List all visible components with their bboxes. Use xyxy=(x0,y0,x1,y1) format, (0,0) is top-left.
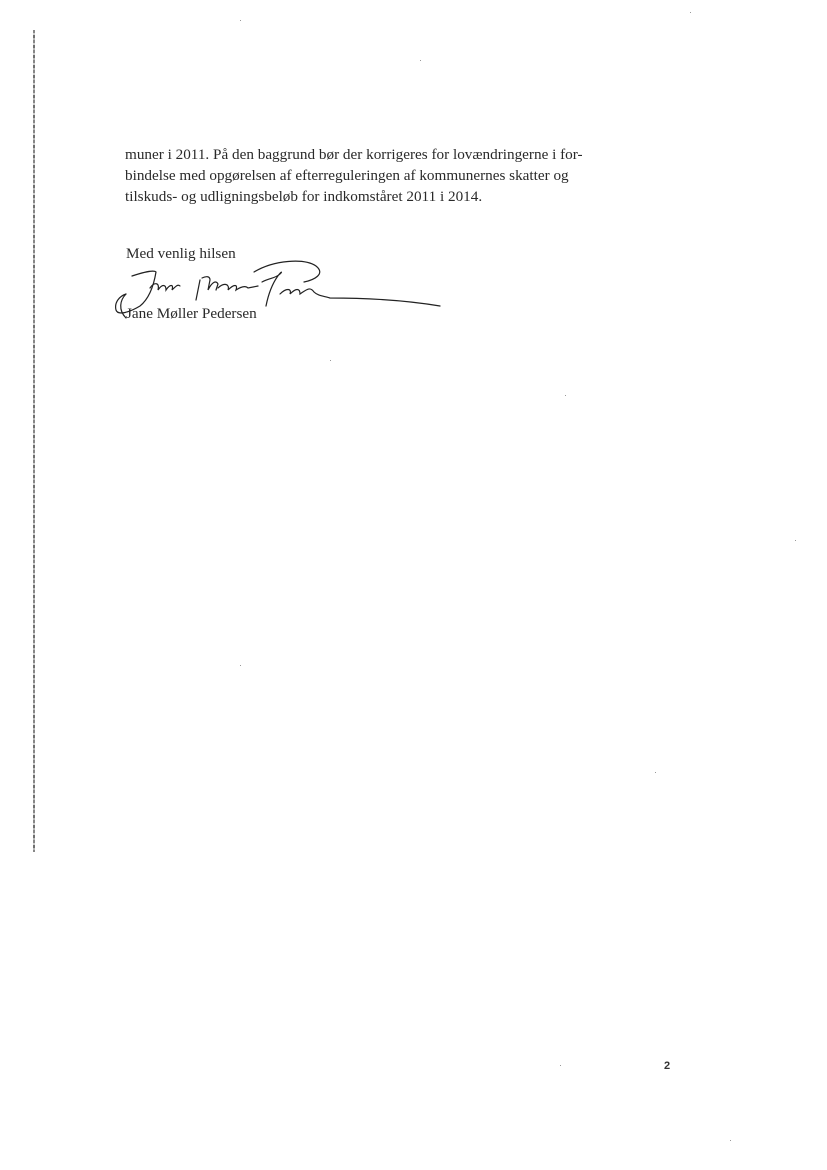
scan-speck xyxy=(655,772,656,773)
body-paragraph: muner i 2011. På den baggrund bør der ko… xyxy=(125,144,645,207)
body-line: muner i 2011. På den baggrund bør der ko… xyxy=(125,144,645,165)
scan-speck xyxy=(240,665,241,666)
body-line: bindelse med opgørelsen af efterreguleri… xyxy=(125,165,645,186)
scan-speck xyxy=(690,12,691,13)
signer-name: Jane Møller Pedersen xyxy=(126,305,257,323)
scan-speck xyxy=(565,395,566,396)
scan-edge-line xyxy=(33,30,35,852)
scan-speck xyxy=(240,20,241,21)
scan-speck xyxy=(560,1065,561,1066)
scan-speck xyxy=(730,1140,731,1141)
page-number: 2 xyxy=(664,1060,670,1072)
scan-speck xyxy=(420,60,421,61)
body-line: tilskuds- og udligningsbeløb for indkoms… xyxy=(125,186,645,207)
scan-speck xyxy=(330,360,331,361)
scan-speck xyxy=(795,540,796,541)
